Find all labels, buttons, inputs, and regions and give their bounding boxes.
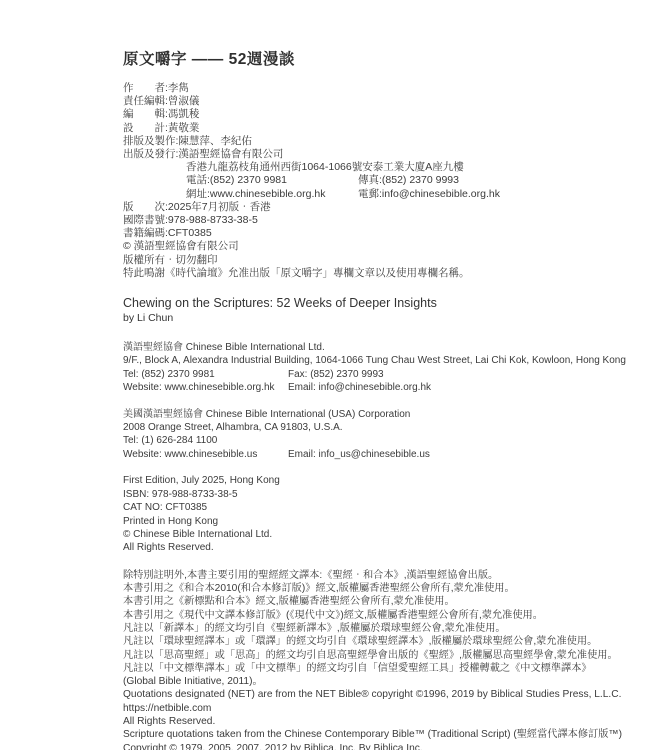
hk-email: Email: info@chinesebible.org.hk (288, 382, 431, 393)
designer-label: 設 計: (123, 122, 168, 134)
english-edition-block: First Edition, July 2025, Hong Kong ISBN… (123, 474, 640, 554)
edition-label: 版 次: (123, 201, 168, 213)
notice-line: https://netbible.com (123, 702, 640, 715)
designer-row: 設 計:黃敬業 (123, 122, 640, 135)
edition-value: 2025年7月初版‧香港 (168, 201, 271, 213)
notice-line: 本書引用之《現代中文譯本修訂版》(《現代中文》)經文,版權屬香港聖經公會所有,蒙… (123, 609, 640, 622)
typesetting-row: 排版及製作:陳慧萍、李紀佑 (123, 135, 640, 148)
publisher-address: 香港九龍荔枝角通州西街1064-1066號安泰工業大廈A座九樓 (123, 161, 640, 174)
catno-label: 書籍編碼: (123, 227, 168, 239)
credits-block: 作 者:李雋 責任編輯:曾淑儀 編 輯:馮凱稜 設 計:黃敬業 排版及製作:陳慧… (123, 82, 640, 280)
us-office-name: 美國漢語聖經協會 Chinese Bible International (US… (123, 408, 640, 421)
hk-office-name: 漢語聖經協會 Chinese Bible International Ltd. (123, 341, 640, 354)
us-tel: Tel: (1) 626-284 1100 (123, 434, 640, 447)
us-website: Website: www.chinesebible.us (123, 448, 288, 461)
hk-office-block: 漢語聖經協會 Chinese Bible International Ltd. … (123, 341, 640, 395)
english-title: Chewing on the Scriptures: 52 Weeks of D… (123, 296, 640, 311)
isbn-label: 國際書號: (123, 214, 168, 226)
notice-line: All Rights Reserved. (123, 715, 640, 728)
phone-value: 電話:(852) 2370 9981 (186, 174, 358, 187)
hk-website: Website: www.chinesebible.org.hk (123, 381, 288, 394)
notice-line: 凡註以「思高聖經」或「思高」的經文均引自思高聖經學會出版的《聖經》,版權屬思高聖… (123, 649, 640, 662)
catno-en-line: CAT NO: CFT0385 (123, 501, 640, 514)
copyright-en-line: © Chinese Bible International Ltd. (123, 528, 640, 541)
catno-row: 書籍編碼:CFT0385 (123, 227, 640, 240)
notice-line: 本書引用之《新標點和合本》經文,版權屬香港聖經公會所有,蒙允准使用。 (123, 595, 640, 608)
notice-line: Copyright © 1979, 2005, 2007, 2012 by Bi… (123, 742, 640, 750)
publisher-label: 出版及發行: (123, 148, 178, 160)
email-value: 電郵:info@chinesebible.org.hk (358, 188, 500, 200)
hk-office-address: 9/F., Block A, Alexandra Industrial Buil… (123, 354, 640, 367)
hk-tel: Tel: (852) 2370 9981 (123, 368, 288, 381)
us-website-email-row: Website: www.chinesebible.usEmail: info_… (123, 448, 640, 461)
isbn-value: 978-988-8733-38-5 (168, 214, 258, 226)
editor-row: 編 輯:馮凱稜 (123, 108, 640, 121)
notice-line: 本書引用之《和合本2010(和合本修訂版)》經文,版權屬香港聖經公會所有,蒙允准… (123, 582, 640, 595)
notice-line: 凡註以「新譯本」的經文均引自《聖經新譯本》,版權屬於環球聖經公會,蒙允准使用。 (123, 622, 640, 635)
us-office-address: 2008 Orange Street, Alhambra, CA 91803, … (123, 421, 640, 434)
rights-en-line: All Rights Reserved. (123, 541, 640, 554)
website-email-row: 網址:www.chinesebible.org.hk電郵:info@chines… (123, 188, 640, 201)
fax-value: 傳真:(852) 2370 9993 (358, 174, 459, 186)
edition-en-line: First Edition, July 2025, Hong Kong (123, 474, 640, 487)
publisher-row: 出版及發行:漢語聖經協會有限公司 (123, 148, 640, 161)
acknowledgement-line: 特此鳴謝《時代論壇》允准出版「原文嚼字」專欄文章以及使用專欄名稱。 (123, 267, 640, 280)
managing-editor-row: 責任編輯:曾淑儀 (123, 95, 640, 108)
author-value: 李雋 (168, 82, 189, 94)
us-office-block: 美國漢語聖經協會 Chinese Bible International (US… (123, 408, 640, 462)
publisher-value: 漢語聖經協會有限公司 (178, 148, 283, 160)
rights-line: 版權所有‧切勿翻印 (123, 254, 640, 267)
phone-fax-row: 電話:(852) 2370 9981傳真:(852) 2370 9993 (123, 174, 640, 187)
printed-in-line: Printed in Hong Kong (123, 515, 640, 528)
edition-row: 版 次:2025年7月初版‧香港 (123, 201, 640, 214)
isbn-row: 國際書號:978-988-8733-38-5 (123, 214, 640, 227)
managing-editor-label: 責任編輯: (123, 95, 168, 107)
notice-line: (Global Bible Initiative, 2011)。 (123, 675, 640, 688)
page-title: 原文嚼字 —— 52週漫談 (123, 47, 640, 69)
hk-fax: Fax: (852) 2370 9993 (288, 369, 384, 380)
catno-value: CFT0385 (168, 227, 212, 239)
copyright-line: © 漢語聖經協會有限公司 (123, 240, 640, 253)
notice-line: Quotations designated (NET) are from the… (123, 688, 640, 701)
typesetting-value: 陳慧萍、李紀佑 (178, 135, 252, 147)
typesetting-label: 排版及製作: (123, 135, 178, 147)
colophon-page: 原文嚼字 —— 52週漫談 作 者:李雋 責任編輯:曾淑儀 編 輯:馮凱稜 設 … (0, 0, 650, 750)
author-label: 作 者: (123, 82, 168, 94)
english-byline: by Li Chun (123, 311, 640, 325)
hk-website-email-row: Website: www.chinesebible.org.hkEmail: i… (123, 381, 640, 394)
managing-editor-value: 曾淑儀 (168, 95, 200, 107)
author-row: 作 者:李雋 (123, 82, 640, 95)
hk-tel-fax-row: Tel: (852) 2370 9981Fax: (852) 2370 9993 (123, 368, 640, 381)
editor-label: 編 輯: (123, 108, 168, 120)
editor-value: 馮凱稜 (168, 108, 200, 120)
notice-line: 凡註以「中文標準譯本」或「中文標準」的經文均引自「信望愛聖經工具」授權轉載之《中… (123, 662, 640, 675)
website-value: 網址:www.chinesebible.org.hk (186, 188, 358, 201)
notice-line: 凡註以「環球聖經譯本」或「環譯」的經文均引自《環球聖經譯本》,版權屬於環球聖經公… (123, 635, 640, 648)
us-email: Email: info_us@chinesebible.us (288, 449, 430, 460)
notice-line: Scripture quotations taken from the Chin… (123, 728, 640, 741)
english-title-block: Chewing on the Scriptures: 52 Weeks of D… (123, 296, 640, 325)
designer-value: 黃敬業 (168, 122, 200, 134)
isbn-en-line: ISBN: 978-988-8733-38-5 (123, 488, 640, 501)
notice-line: 除特別註明外,本書主要引用的聖經經文譯本:《聖經‧和合本》,漢語聖經協會出版。 (123, 569, 640, 582)
permissions-block: 除特別註明外,本書主要引用的聖經經文譯本:《聖經‧和合本》,漢語聖經協會出版。 … (123, 569, 640, 750)
